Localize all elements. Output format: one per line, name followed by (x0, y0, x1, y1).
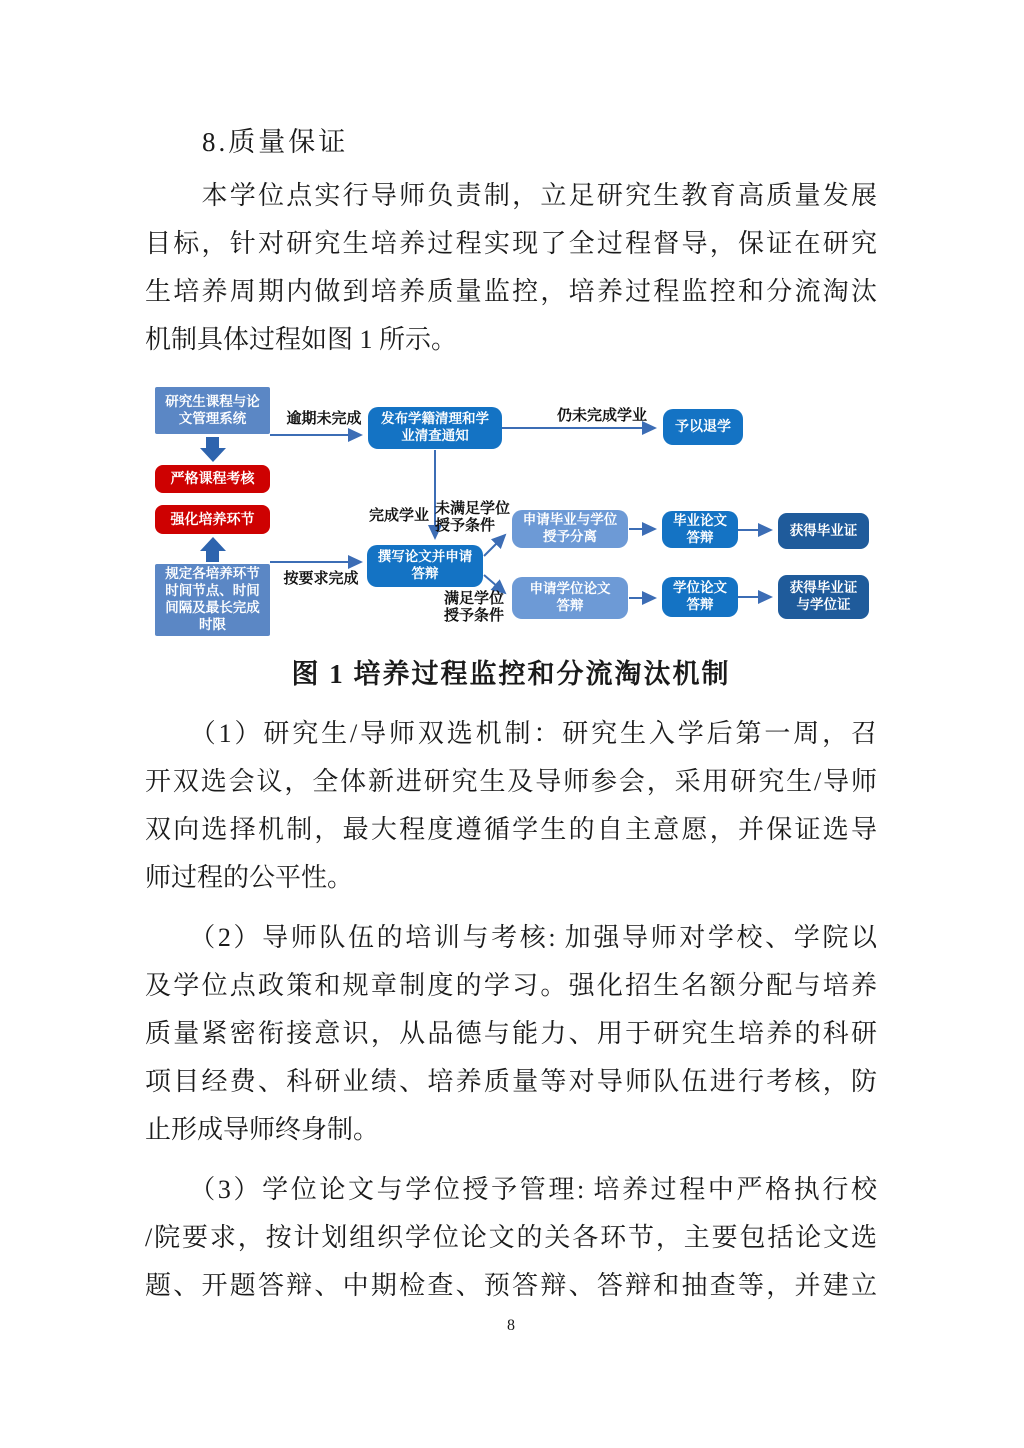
edge-label-still-incomplete: 仍未完成学业 (550, 407, 654, 424)
node-dismissal: 予以退学 (663, 409, 743, 445)
text-line: （3）学位论文与学位授予管理: 培养过程中严格执行校 (145, 1166, 877, 1214)
node-write-thesis: 撰写论文并申请 答辩 (367, 545, 483, 587)
down-block-arrow-icon (200, 448, 226, 462)
edge-label-completed: 完成学业 (367, 507, 431, 524)
edge-not-meet (484, 535, 505, 556)
text-line: 本学位点实行导师负责制，立足研究生教育高质量发展 (145, 172, 877, 220)
text-line: 目标，针对研究生培养过程实现了全过程督导，保证在研究 (145, 220, 877, 268)
document-content: 8.质量保证 本学位点实行导师负责制，立足研究生教育高质量发展目标，针对研究生培… (0, 0, 1024, 1336)
node-apply-degree-defense: 申请学位论文 答辩 (512, 577, 628, 619)
node-both-certs: 获得毕业证 与学位证 (778, 575, 869, 619)
node-strengthen-training: 强化培养环节 (155, 505, 270, 534)
section-heading: 8.质量保证 (145, 118, 877, 166)
text-line: （1）研究生/导师双选机制：研究生入学后第一周，召 (145, 710, 877, 758)
text-line: 双向选择机制，最大程度遵循学生的自主意愿，并保证选导 (145, 806, 877, 854)
text-line: 止形成导师终身制。 (145, 1106, 877, 1154)
paragraph-3: （3）学位论文与学位授予管理: 培养过程中严格执行校/院要求，按计划组织学位论文… (145, 1166, 877, 1310)
node-apply-separation: 申请毕业与学位 授予分离 (512, 510, 628, 548)
edge-label-as-required: 按要求完成 (280, 570, 362, 587)
text-line: 题、开题答辩、中期检查、预答辩、答辩和抽查等，并建立 (145, 1262, 877, 1310)
text-line: 质量紧密衔接意识，从品德与能力、用于研究生培养的科研 (145, 1010, 877, 1058)
up-block-arrow-icon (200, 537, 226, 551)
paragraph-2: （2）导师队伍的培训与考核: 加强导师对学校、学院以及学位点政策和规章制度的学习… (145, 914, 877, 1154)
intro-paragraph: 本学位点实行导师负责制，立足研究生教育高质量发展目标，针对研究生培养过程实现了全… (145, 172, 877, 364)
text-line: /院要求，按计划组织学位论文的关各环节，主要包括论文选 (145, 1214, 877, 1262)
text-line: 开双选会议，全体新进研究生及导师参会，采用研究生/导师 (145, 758, 877, 806)
node-graduation-cert: 获得毕业证 (778, 513, 869, 549)
node-graduation-defense: 毕业论文 答辩 (662, 511, 738, 548)
edge-label-not-meet: 未满足学位 授予条件 (435, 500, 517, 534)
text-line: 师过程的公平性。 (145, 854, 877, 902)
page-number: 8 (145, 1316, 877, 1336)
text-line: 生培养周期内做到培养质量监控，培养过程监控和分流淘汰 (145, 268, 877, 316)
up-block-arrow-stem (206, 550, 219, 562)
text-line: （2）导师队伍的培训与考核: 加强导师对学校、学院以 (145, 914, 877, 962)
node-stipulate-timeline: 规定各培养环节 时间节点、时间 间隔及最长完成 时限 (155, 564, 270, 636)
flowchart-figure: 研究生课程与论 文管理系统 严格课程考核 强化培养环节 规定各培养环节 时间节点… (145, 382, 877, 644)
node-strict-exam: 严格课程考核 (155, 465, 270, 493)
figure-caption: 图 1 培养过程监控和分流淘汰机制 (145, 650, 877, 698)
text-line: 机制具体过程如图 1 所示。 (145, 316, 877, 364)
document-page: 8.质量保证 本学位点实行导师负责制，立足研究生教育高质量发展目标，针对研究生培… (0, 0, 1024, 1448)
node-course-system: 研究生课程与论 文管理系统 (155, 387, 270, 434)
edge-label-overdue: 逾期未完成 (278, 410, 370, 427)
paragraph-1: （1）研究生/导师双选机制：研究生入学后第一周，召开双选会议，全体新进研究生及导… (145, 710, 877, 902)
text-line: 项目经费、科研业绩、培养质量等对导师队伍进行考核，防 (145, 1058, 877, 1106)
text-line: 及学位点政策和规章制度的学习。强化招生名额分配与培养 (145, 962, 877, 1010)
node-degree-defense: 学位论文 答辩 (662, 577, 738, 617)
node-clearance-notice: 发布学籍清理和学 业清查通知 (368, 407, 502, 449)
edge-label-meet: 满足学位 授予条件 (444, 590, 514, 624)
